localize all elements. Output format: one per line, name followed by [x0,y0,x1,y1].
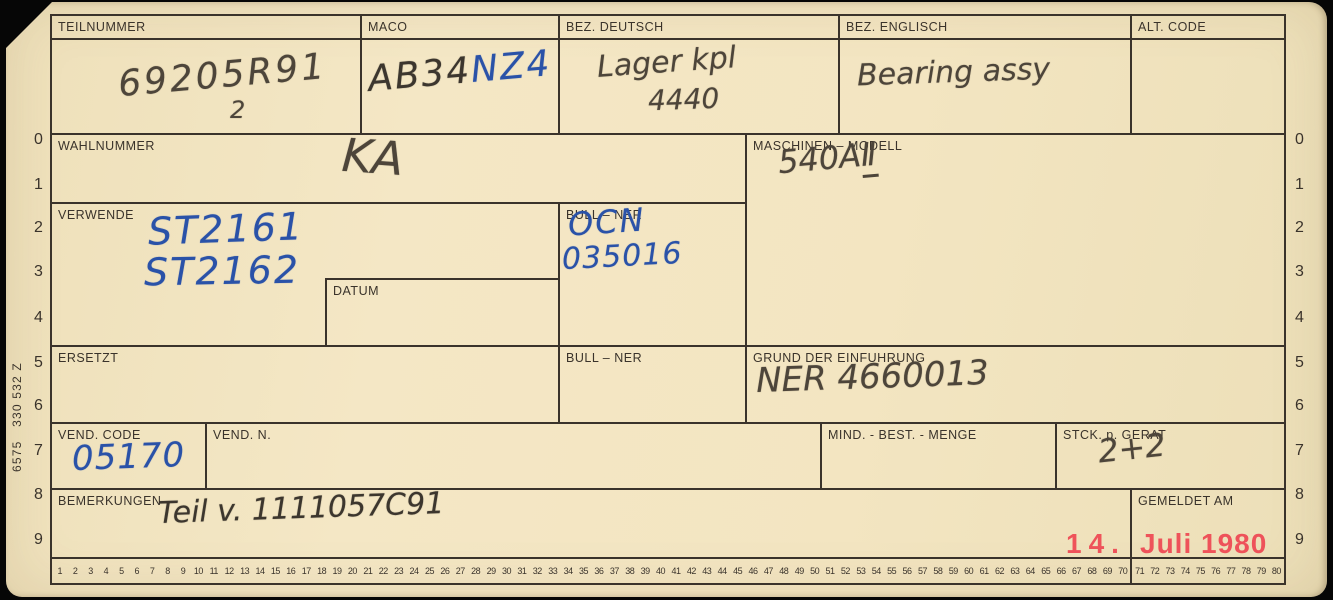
column-number: 50 [807,566,822,576]
column-number: 75 [1193,566,1208,576]
column-number: 72 [1147,566,1162,576]
right-margin-digits: 0123456789 [1290,0,1309,600]
column-number: 8 [160,566,175,576]
bez-deutsch-line2: 4440 [648,85,720,115]
margin-digit: 6 [29,397,48,415]
bez-englisch-label: BEZ. ENGLISCH [840,16,1130,40]
margin-digit: 8 [29,486,48,504]
margin-digit: 2 [29,219,48,237]
stck-p-gerat-label: STCK. p. GERAT [1057,424,1284,444]
column-number: 13 [237,566,252,576]
column-number: 41 [668,566,683,576]
margin-digit: 3 [29,263,48,281]
column-number: 4 [98,566,113,576]
column-number: 12 [221,566,236,576]
column-number: 54 [869,566,884,576]
field-datum-box: DATUM [325,278,560,347]
maschinen-modell-number: 540A [777,136,863,181]
alt-code-label: ALT. CODE [1132,16,1284,40]
column-number: 49 [792,566,807,576]
column-number: 16 [283,566,298,576]
column-number: 66 [1053,566,1068,576]
maschinen-modell-value: 540AⅡ [777,138,878,178]
column-number: 43 [699,566,714,576]
punch-card-corner-cut [6,2,52,48]
column-number: 22 [376,566,391,576]
bez-englisch-value: Bearing assy [857,55,1051,92]
bull-ner-top-line1: OCN [567,203,647,240]
maschinen-modell-roman-suffix: Ⅱ [859,135,878,178]
column-number-strip: 1234567891011121314151617181920212223242… [50,557,1286,585]
column-numbers-71-80: 71727374757677787980 [1130,559,1284,583]
margin-digit: 4 [29,309,48,327]
margin-digit: 0 [29,131,48,149]
verwende-label: VERWENDE [52,204,558,224]
column-number: 44 [714,566,729,576]
column-number: 14 [252,566,267,576]
column-number: 31 [514,566,529,576]
stck-p-gerat-value: 2+2 [1097,429,1168,468]
field-vend-n-box: VEND. N. [205,422,822,490]
column-number: 45 [730,566,745,576]
margin-digit: 6 [1290,397,1309,415]
column-number: 42 [684,566,699,576]
margin-digit: 2 [1290,219,1309,237]
column-number: 60 [961,566,976,576]
column-number: 21 [360,566,375,576]
column-number: 67 [1069,566,1084,576]
datum-label: DATUM [327,280,558,300]
margin-digit: 5 [29,354,48,372]
bull-ner-top-line2: 035016 [561,239,683,275]
grund-value: NER 4660013 [755,356,989,398]
margin-digit: 7 [1290,442,1309,460]
column-number: 62 [992,566,1007,576]
column-number: 2 [67,566,82,576]
column-number: 65 [1038,566,1053,576]
column-number: 20 [345,566,360,576]
teilnummer-label: TEILNUMMER [52,16,360,40]
column-number: 71 [1132,566,1147,576]
column-number: 61 [976,566,991,576]
mind-best-menge-label: MIND. - BEST. - MENGE [822,424,1055,444]
scanned-parts-card: 6575 330 532 Z 0123456789 0123456789 TEI… [0,0,1333,600]
vend-n-label: VEND. N. [207,424,820,444]
field-ersetzt-box: ERSETZT [50,345,560,424]
column-number: 27 [453,566,468,576]
column-number: 6 [129,566,144,576]
column-number: 37 [607,566,622,576]
column-number: 7 [144,566,159,576]
verwende-line2: ST2162 [144,251,301,292]
bez-deutsch-label: BEZ. DEUTSCH [560,16,838,40]
column-number: 29 [483,566,498,576]
field-mind-best-menge-box: MIND. - BEST. - MENGE [820,422,1057,490]
column-number: 30 [499,566,514,576]
column-number: 25 [422,566,437,576]
stamp-month-year: Juli 1980 [1140,528,1267,560]
maco-value-blue: NZ4 [469,43,553,91]
column-number: 69 [1100,566,1115,576]
column-number: 48 [776,566,791,576]
column-number: 17 [299,566,314,576]
column-number: 46 [745,566,760,576]
column-number: 47 [761,566,776,576]
gemeldet-am-label: GEMELDET AM [1132,490,1284,510]
column-number: 63 [1007,566,1022,576]
column-number: 58 [930,566,945,576]
column-number: 80 [1269,566,1284,576]
column-number: 77 [1223,566,1238,576]
column-number: 68 [1084,566,1099,576]
column-number: 73 [1162,566,1177,576]
field-bull-ner-bottom-box: BULL – NER [558,345,747,424]
column-number: 74 [1178,566,1193,576]
column-number: 38 [622,566,637,576]
left-margin-digits: 0123456789 [29,0,48,600]
margin-digit: 8 [1290,486,1309,504]
maco-label: MACO [362,16,558,40]
column-number: 53 [853,566,868,576]
wahlnummer-value: KA [340,132,405,182]
column-number: 18 [314,566,329,576]
ersetzt-label: ERSETZT [52,347,558,367]
margin-digit: 5 [1290,354,1309,372]
column-number: 34 [560,566,575,576]
margin-digit: 1 [29,176,48,194]
column-number: 10 [191,566,206,576]
column-number: 35 [576,566,591,576]
column-number: 23 [391,566,406,576]
column-numbers-1-70: 1234567891011121314151617181920212223242… [52,559,1130,583]
column-number: 52 [838,566,853,576]
field-alt-code-box: ALT. CODE [1130,14,1286,135]
column-number: 55 [884,566,899,576]
column-number: 3 [83,566,98,576]
teilnummer-value-sub: 2 [230,98,245,122]
margin-digit: 9 [29,531,48,549]
stamp-day: 14. [1066,528,1126,560]
column-number: 15 [268,566,283,576]
column-number: 57 [915,566,930,576]
column-number: 33 [545,566,560,576]
form-stock-code: 6575 330 532 Z [10,262,28,472]
column-number: 36 [591,566,606,576]
column-number: 70 [1115,566,1130,576]
column-number: 24 [406,566,421,576]
column-number: 26 [437,566,452,576]
column-number: 19 [329,566,344,576]
margin-digit: 7 [29,442,48,460]
margin-digit: 9 [1290,531,1309,549]
margin-digit: 4 [1290,309,1309,327]
column-number: 79 [1254,566,1269,576]
column-number: 28 [468,566,483,576]
column-number: 9 [175,566,190,576]
margin-digit: 0 [1290,131,1309,149]
column-number: 64 [1023,566,1038,576]
column-number: 32 [530,566,545,576]
column-number: 51 [822,566,837,576]
column-number: 76 [1208,566,1223,576]
bull-ner-bottom-label: BULL – NER [560,347,745,367]
margin-digit: 3 [1290,263,1309,281]
field-stck-p-gerat-box: STCK. p. GERAT [1055,422,1286,490]
verwende-line1: ST2161 [147,207,304,250]
column-number: 78 [1238,566,1253,576]
column-number: 40 [653,566,668,576]
margin-digit: 1 [1290,176,1309,194]
column-number: 1 [52,566,67,576]
column-number: 39 [637,566,652,576]
column-number: 59 [946,566,961,576]
column-number: 5 [114,566,129,576]
column-number: 11 [206,566,221,576]
vend-code-value: 05170 [71,438,185,476]
column-number: 56 [899,566,914,576]
